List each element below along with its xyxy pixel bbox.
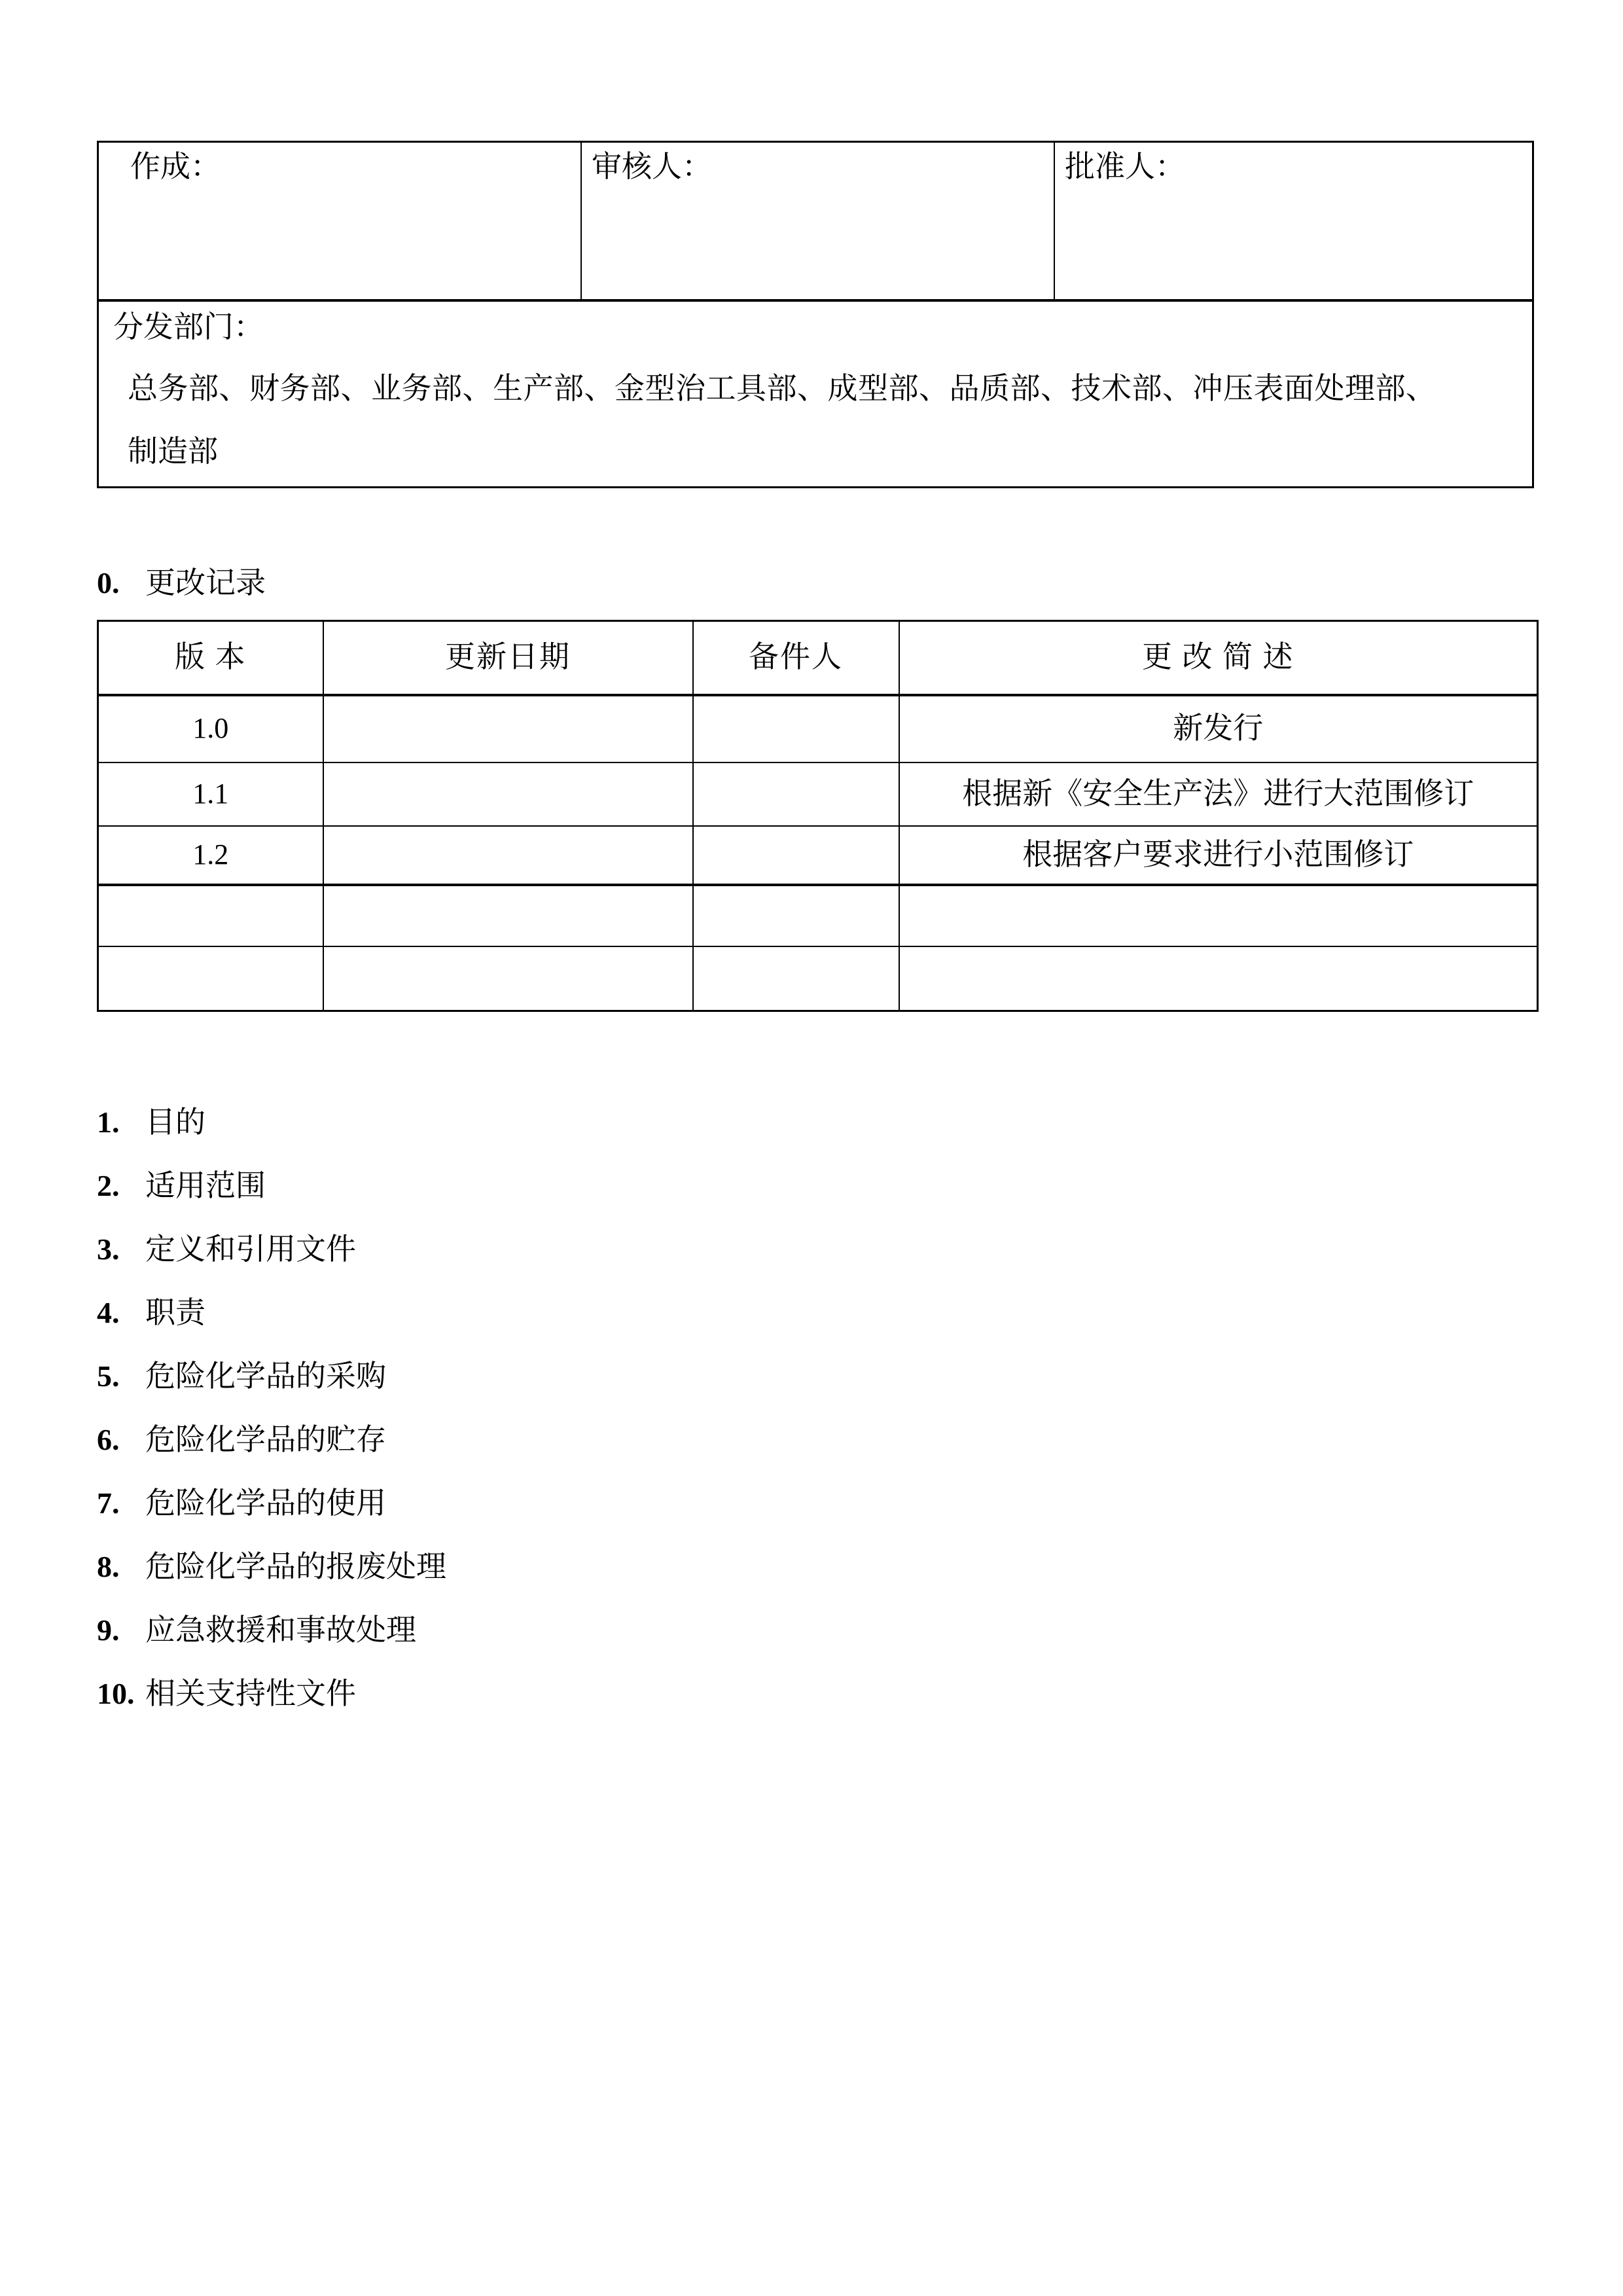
header-person: 备件人 [693, 621, 899, 695]
list-item: 3.定义和引用文件 [97, 1230, 446, 1293]
cell-version[interactable] [98, 885, 323, 946]
item-title: 职责 [145, 1296, 205, 1329]
cell-date[interactable] [323, 826, 693, 885]
item-number: 7. [97, 1484, 145, 1523]
item-number: 3. [97, 1230, 145, 1269]
item-title: 应急救援和事故处理 [145, 1613, 416, 1647]
cell-version: 1.1 [98, 762, 323, 826]
cell-summary: 根据客户要求进行小范围修订 [899, 826, 1538, 885]
author-cell[interactable]: 作成： [99, 143, 582, 299]
item-title: 定义和引用文件 [145, 1232, 356, 1266]
cell-person[interactable] [693, 826, 899, 885]
header-version: 版 本 [98, 621, 323, 695]
cell-date[interactable] [323, 885, 693, 946]
header-change-summary: 更 改 简 述 [899, 621, 1538, 695]
change-record-heading: 0.更改记录 [97, 567, 266, 600]
item-title: 危险化学品的采购 [145, 1359, 386, 1393]
cell-date[interactable] [323, 762, 693, 826]
cell-summary[interactable] [899, 946, 1538, 1011]
header-update-date: 更新日期 [323, 621, 693, 695]
list-item: 1.目的 [97, 1103, 446, 1166]
cell-date[interactable] [323, 946, 693, 1011]
cell-person[interactable] [693, 762, 899, 826]
list-item: 4.职责 [97, 1293, 446, 1357]
cell-person[interactable] [693, 885, 899, 946]
cell-date[interactable] [323, 695, 693, 762]
cell-summary: 根据新《安全生产法》进行大范围修订 [899, 762, 1538, 826]
distribution-cell: 分发部门： 总务部、财务部、业务部、生产部、金型治工具部、成型部、品质部、技术部… [99, 302, 1532, 488]
list-item: 7.危险化学品的使用 [97, 1484, 446, 1547]
item-number: 4. [97, 1293, 145, 1333]
approver-label: 批准人： [1065, 151, 1185, 184]
cell-version: 1.0 [98, 695, 323, 762]
department-list-line-2: 制造部 [128, 435, 218, 469]
item-number: 8. [97, 1547, 145, 1587]
reviewer-label: 审核人： [592, 151, 712, 184]
department-list-line-1: 总务部、财务部、业务部、生产部、金型治工具部、成型部、品质部、技术部、冲压表面处… [128, 372, 1436, 406]
contents-list: 1.目的 2.适用范围 3.定义和引用文件 4.职责 5.危险化学品的采购 6.… [97, 1103, 446, 1738]
item-title: 危险化学品的贮存 [145, 1423, 386, 1456]
section-title: 更改记录 [145, 566, 266, 600]
cell-version: 1.2 [98, 826, 323, 885]
item-title: 适用范围 [145, 1169, 266, 1202]
table-header-row: 版 本 更新日期 备件人 更 改 简 述 [98, 621, 1538, 695]
list-item: 2.适用范围 [97, 1166, 446, 1230]
item-number: 1. [97, 1103, 145, 1142]
list-item: 8.危险化学品的报废处理 [97, 1547, 446, 1611]
author-label: 作成： [130, 151, 221, 184]
table-row: 1.1 根据新《安全生产法》进行大范围修订 [98, 762, 1538, 826]
distribution-label: 分发部门： [113, 311, 264, 344]
cell-version[interactable] [98, 946, 323, 1011]
item-title: 危险化学品的使用 [145, 1486, 386, 1520]
table-row [98, 885, 1538, 946]
item-title: 危险化学品的报废处理 [145, 1550, 446, 1583]
cell-summary[interactable] [899, 885, 1538, 946]
list-item: 10.相关支持性文件 [97, 1674, 446, 1738]
item-number: 10. [97, 1674, 145, 1713]
list-item: 9.应急救援和事故处理 [97, 1611, 446, 1674]
change-record-table: 版 本 更新日期 备件人 更 改 简 述 1.0 新发行 1.1 根据新《安全生… [97, 620, 1539, 1012]
section-number: 0. [97, 567, 145, 600]
table-row: 1.2 根据客户要求进行小范围修订 [98, 826, 1538, 885]
table-row: 1.0 新发行 [98, 695, 1538, 762]
list-item: 5.危险化学品的采购 [97, 1357, 446, 1420]
item-title: 相关支持性文件 [145, 1677, 356, 1710]
table-row [98, 946, 1538, 1011]
item-title: 目的 [145, 1105, 205, 1139]
item-number: 5. [97, 1357, 145, 1396]
cell-person[interactable] [693, 695, 899, 762]
reviewer-cell[interactable]: 审核人： [582, 143, 1055, 299]
cell-person[interactable] [693, 946, 899, 1011]
item-number: 6. [97, 1420, 145, 1460]
approval-table: 作成： 审核人： 批准人： 分发部门： 总务部、财务部、业务部、生产部、金型治工… [97, 141, 1534, 488]
signature-row: 作成： 审核人： 批准人： [99, 143, 1532, 302]
cell-summary: 新发行 [899, 695, 1538, 762]
approver-cell[interactable]: 批准人： [1055, 143, 1534, 299]
item-number: 9. [97, 1611, 145, 1650]
item-number: 2. [97, 1166, 145, 1206]
list-item: 6.危险化学品的贮存 [97, 1420, 446, 1484]
